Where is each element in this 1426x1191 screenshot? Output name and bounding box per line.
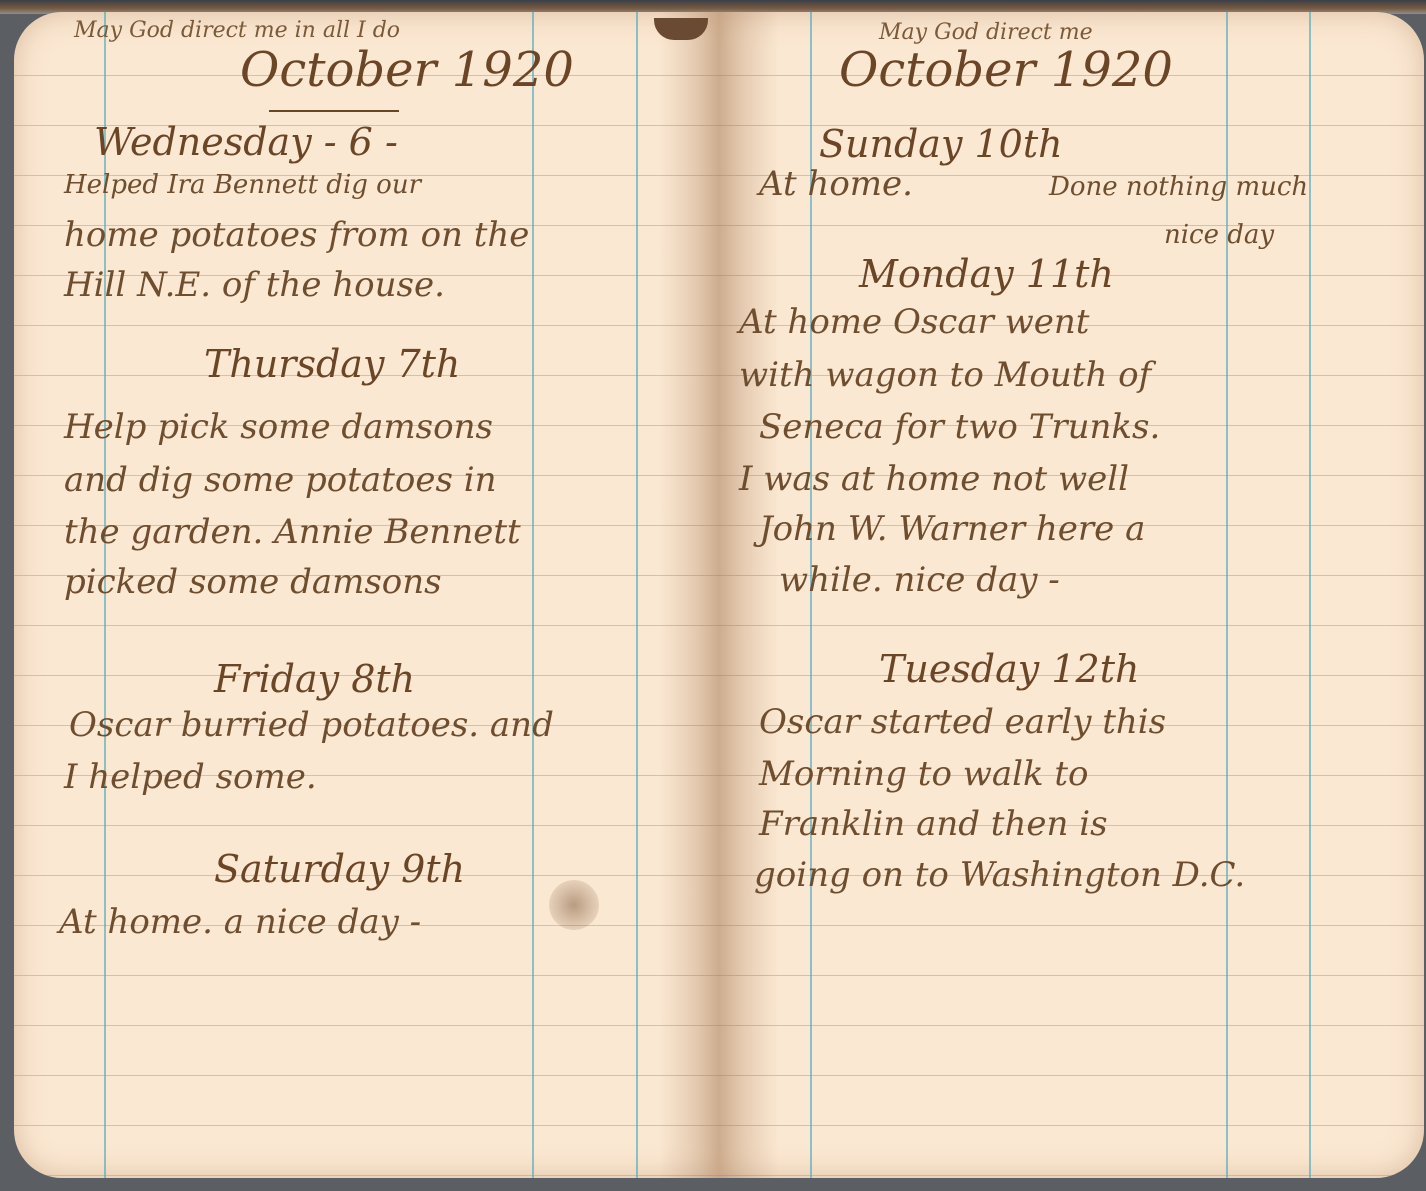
- entry-line: Oscar burried potatoes. and: [69, 705, 554, 745]
- day-heading: Monday 11th: [859, 252, 1114, 296]
- entry-line: Morning to walk to: [759, 754, 1089, 794]
- diary-spread: May God direct me in all I do October 19…: [14, 12, 1424, 1178]
- entry-line: home potatoes from on the: [64, 215, 529, 255]
- gutter-shadow: [659, 12, 719, 1178]
- entry-line: with wagon to Mouth of: [739, 355, 1151, 395]
- motto-text: May God direct me in all I do: [74, 18, 400, 43]
- month-heading: October 1920: [839, 42, 1173, 98]
- day-heading: Sunday 10th: [819, 122, 1063, 166]
- entry-line: At home Oscar went: [739, 302, 1089, 342]
- day-heading: Thursday 7th: [204, 342, 460, 386]
- right-page: May God direct me October 1920 Sunday 10…: [719, 12, 1424, 1178]
- day-heading: Friday 8th: [214, 657, 415, 701]
- day-heading: Saturday 9th: [214, 847, 465, 891]
- entry-line: Hill N.E. of the house.: [64, 265, 445, 305]
- ink-stain: [549, 880, 599, 930]
- column-rule: [636, 12, 638, 1178]
- entry-line: Oscar started early this: [759, 702, 1166, 742]
- entry-line: and dig some potatoes in: [64, 460, 497, 500]
- entry-line: Helped Ira Bennett dig our: [64, 170, 421, 200]
- entry-line: Franklin and then is: [759, 804, 1108, 844]
- entry-line: John W. Warner here a: [759, 509, 1145, 549]
- entry-line: I helped some.: [64, 757, 317, 797]
- entry-line: while. nice day -: [779, 560, 1060, 600]
- day-heading: Tuesday 12th: [879, 647, 1139, 691]
- entry-line: At home. a nice day -: [59, 902, 421, 942]
- entry-line: Help pick some damsons: [64, 407, 493, 447]
- entry-line: picked some damsons: [64, 562, 442, 602]
- month-heading: October 1920: [240, 42, 574, 98]
- entry-line: Seneca for two Trunks.: [759, 407, 1160, 447]
- entry-line: I was at home not well: [739, 459, 1129, 499]
- heading-underline: [269, 110, 399, 112]
- column-rule: [1309, 12, 1311, 1178]
- entry-line: going on to Washington D.C.: [754, 855, 1245, 895]
- left-page: May God direct me in all I do October 19…: [14, 12, 719, 1178]
- column-rule: [532, 12, 534, 1178]
- day-heading: Wednesday - 6 -: [94, 120, 398, 164]
- entry-line: At home.: [759, 164, 913, 204]
- entry-line: nice day: [1164, 220, 1274, 250]
- entry-line: Done nothing much: [1049, 172, 1308, 202]
- entry-line: the garden. Annie Bennett: [64, 512, 521, 552]
